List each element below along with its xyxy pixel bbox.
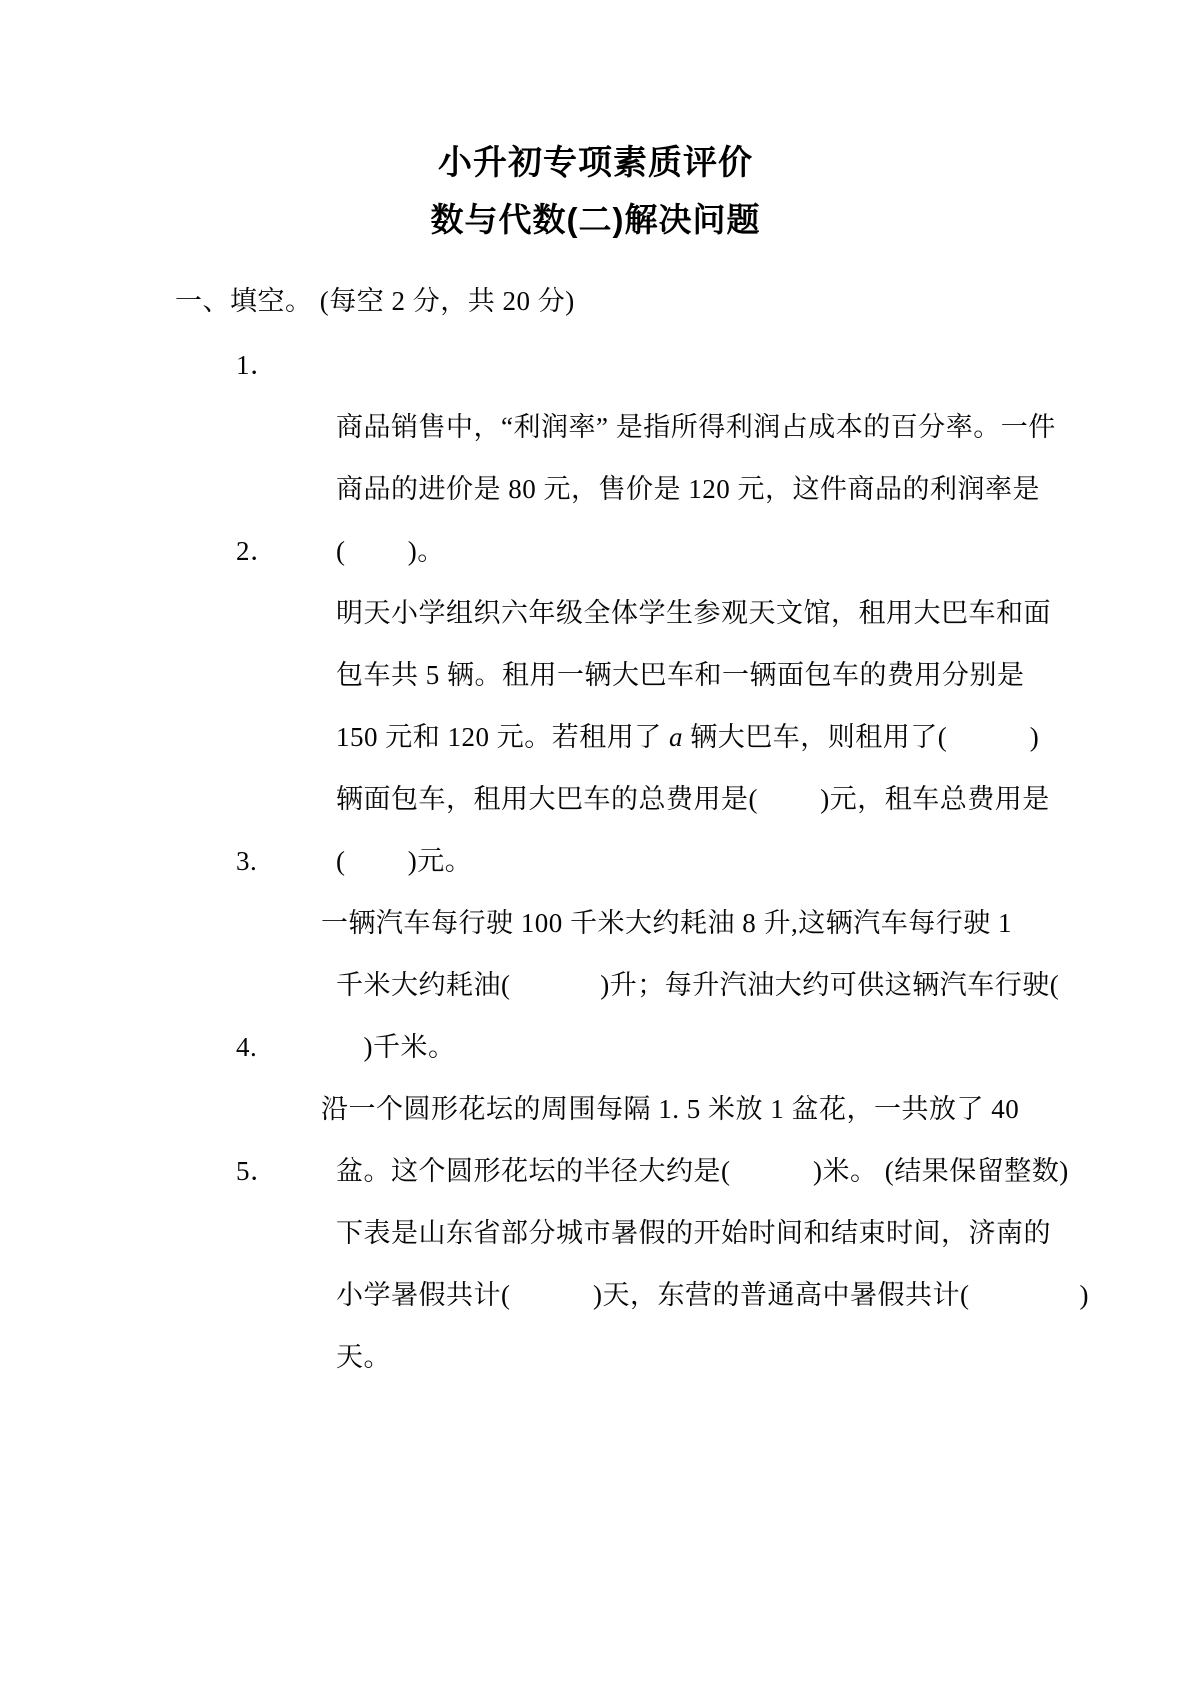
- question-line: 4.沿一个圆形花坛的周围每隔 1. 5 米放 1 盆花，一共放了 40: [170, 1016, 1191, 1078]
- question-line: 150 元和 120 元。若租用了 a 辆大巴车，则租用了( ): [170, 644, 1191, 706]
- question-line: 小学暑假共计( )天，东营的普通高中暑假共计( ): [170, 1202, 1191, 1264]
- question-text: 天。: [336, 1342, 391, 1372]
- fill-blank-line: ( )元。: [170, 768, 1191, 830]
- question-line: 盆。这个圆形花坛的半径大约是( )米。 (结果保留整数): [170, 1078, 1191, 1140]
- question-line: 2．明天小学组织六年级全体学生参观天文馆，租用大巴车和面: [170, 520, 1191, 582]
- question-3: 3.一辆汽车每行驶 100 千米大约耗油 8 升,这辆汽车每行驶 1 千米大约耗…: [0, 830, 1191, 1016]
- section-heading: 一、填空。 (每空 2 分，共 20 分): [175, 284, 1191, 318]
- question-number: 5．: [236, 1140, 278, 1202]
- question-line: 商品的进价是 80 元，售价是 120 元，这件商品的利润率是: [170, 396, 1191, 458]
- question-line: 天。: [170, 1264, 1191, 1326]
- question-1: 1．商品销售中，“利润率” 是指所得利润占成本的百分率。一件 商品的进价是 80…: [0, 334, 1191, 520]
- question-4: 4.沿一个圆形花坛的周围每隔 1. 5 米放 1 盆花，一共放了 40 盆。这个…: [0, 1016, 1191, 1140]
- question-number: 3.: [236, 830, 257, 892]
- question-5: 5．下表是山东省部分城市暑假的开始时间和结束时间，济南的 小学暑假共计( )天，…: [0, 1140, 1191, 1326]
- questions-list: 1．商品销售中，“利润率” 是指所得利润占成本的百分率。一件 商品的进价是 80…: [0, 334, 1191, 1326]
- page-subtitle: 数与代数(二)解决问题: [0, 201, 1191, 239]
- question-line: 3.一辆汽车每行驶 100 千米大约耗油 8 升,这辆汽车每行驶 1: [170, 830, 1191, 892]
- question-line: 5．下表是山东省部分城市暑假的开始时间和结束时间，济南的: [170, 1140, 1191, 1202]
- question-2: 2．明天小学组织六年级全体学生参观天文馆，租用大巴车和面 包车共 5 辆。租用一…: [0, 520, 1191, 830]
- question-line: 辆面包车，租用大巴车的总费用是( )元，租车总费用是: [170, 706, 1191, 768]
- question-number: 1．: [236, 334, 278, 396]
- question-line: 1．商品销售中，“利润率” 是指所得利润占成本的百分率。一件: [170, 334, 1191, 396]
- fill-blank-line: ( )。: [170, 458, 1191, 520]
- worksheet-page: 小升初专项素质评价 数与代数(二)解决问题 一、填空。 (每空 2 分，共 20…: [0, 0, 1191, 1684]
- page-title: 小升初专项素质评价: [0, 0, 1191, 182]
- fill-blank-line: )千米。: [170, 954, 1191, 1016]
- question-number: 4.: [236, 1016, 257, 1078]
- question-line: 千米大约耗油( )升；每升汽油大约可供这辆汽车行驶(: [170, 892, 1191, 954]
- question-line: 包车共 5 辆。租用一辆大巴车和一辆面包车的费用分别是: [170, 582, 1191, 644]
- question-number: 2．: [236, 520, 278, 582]
